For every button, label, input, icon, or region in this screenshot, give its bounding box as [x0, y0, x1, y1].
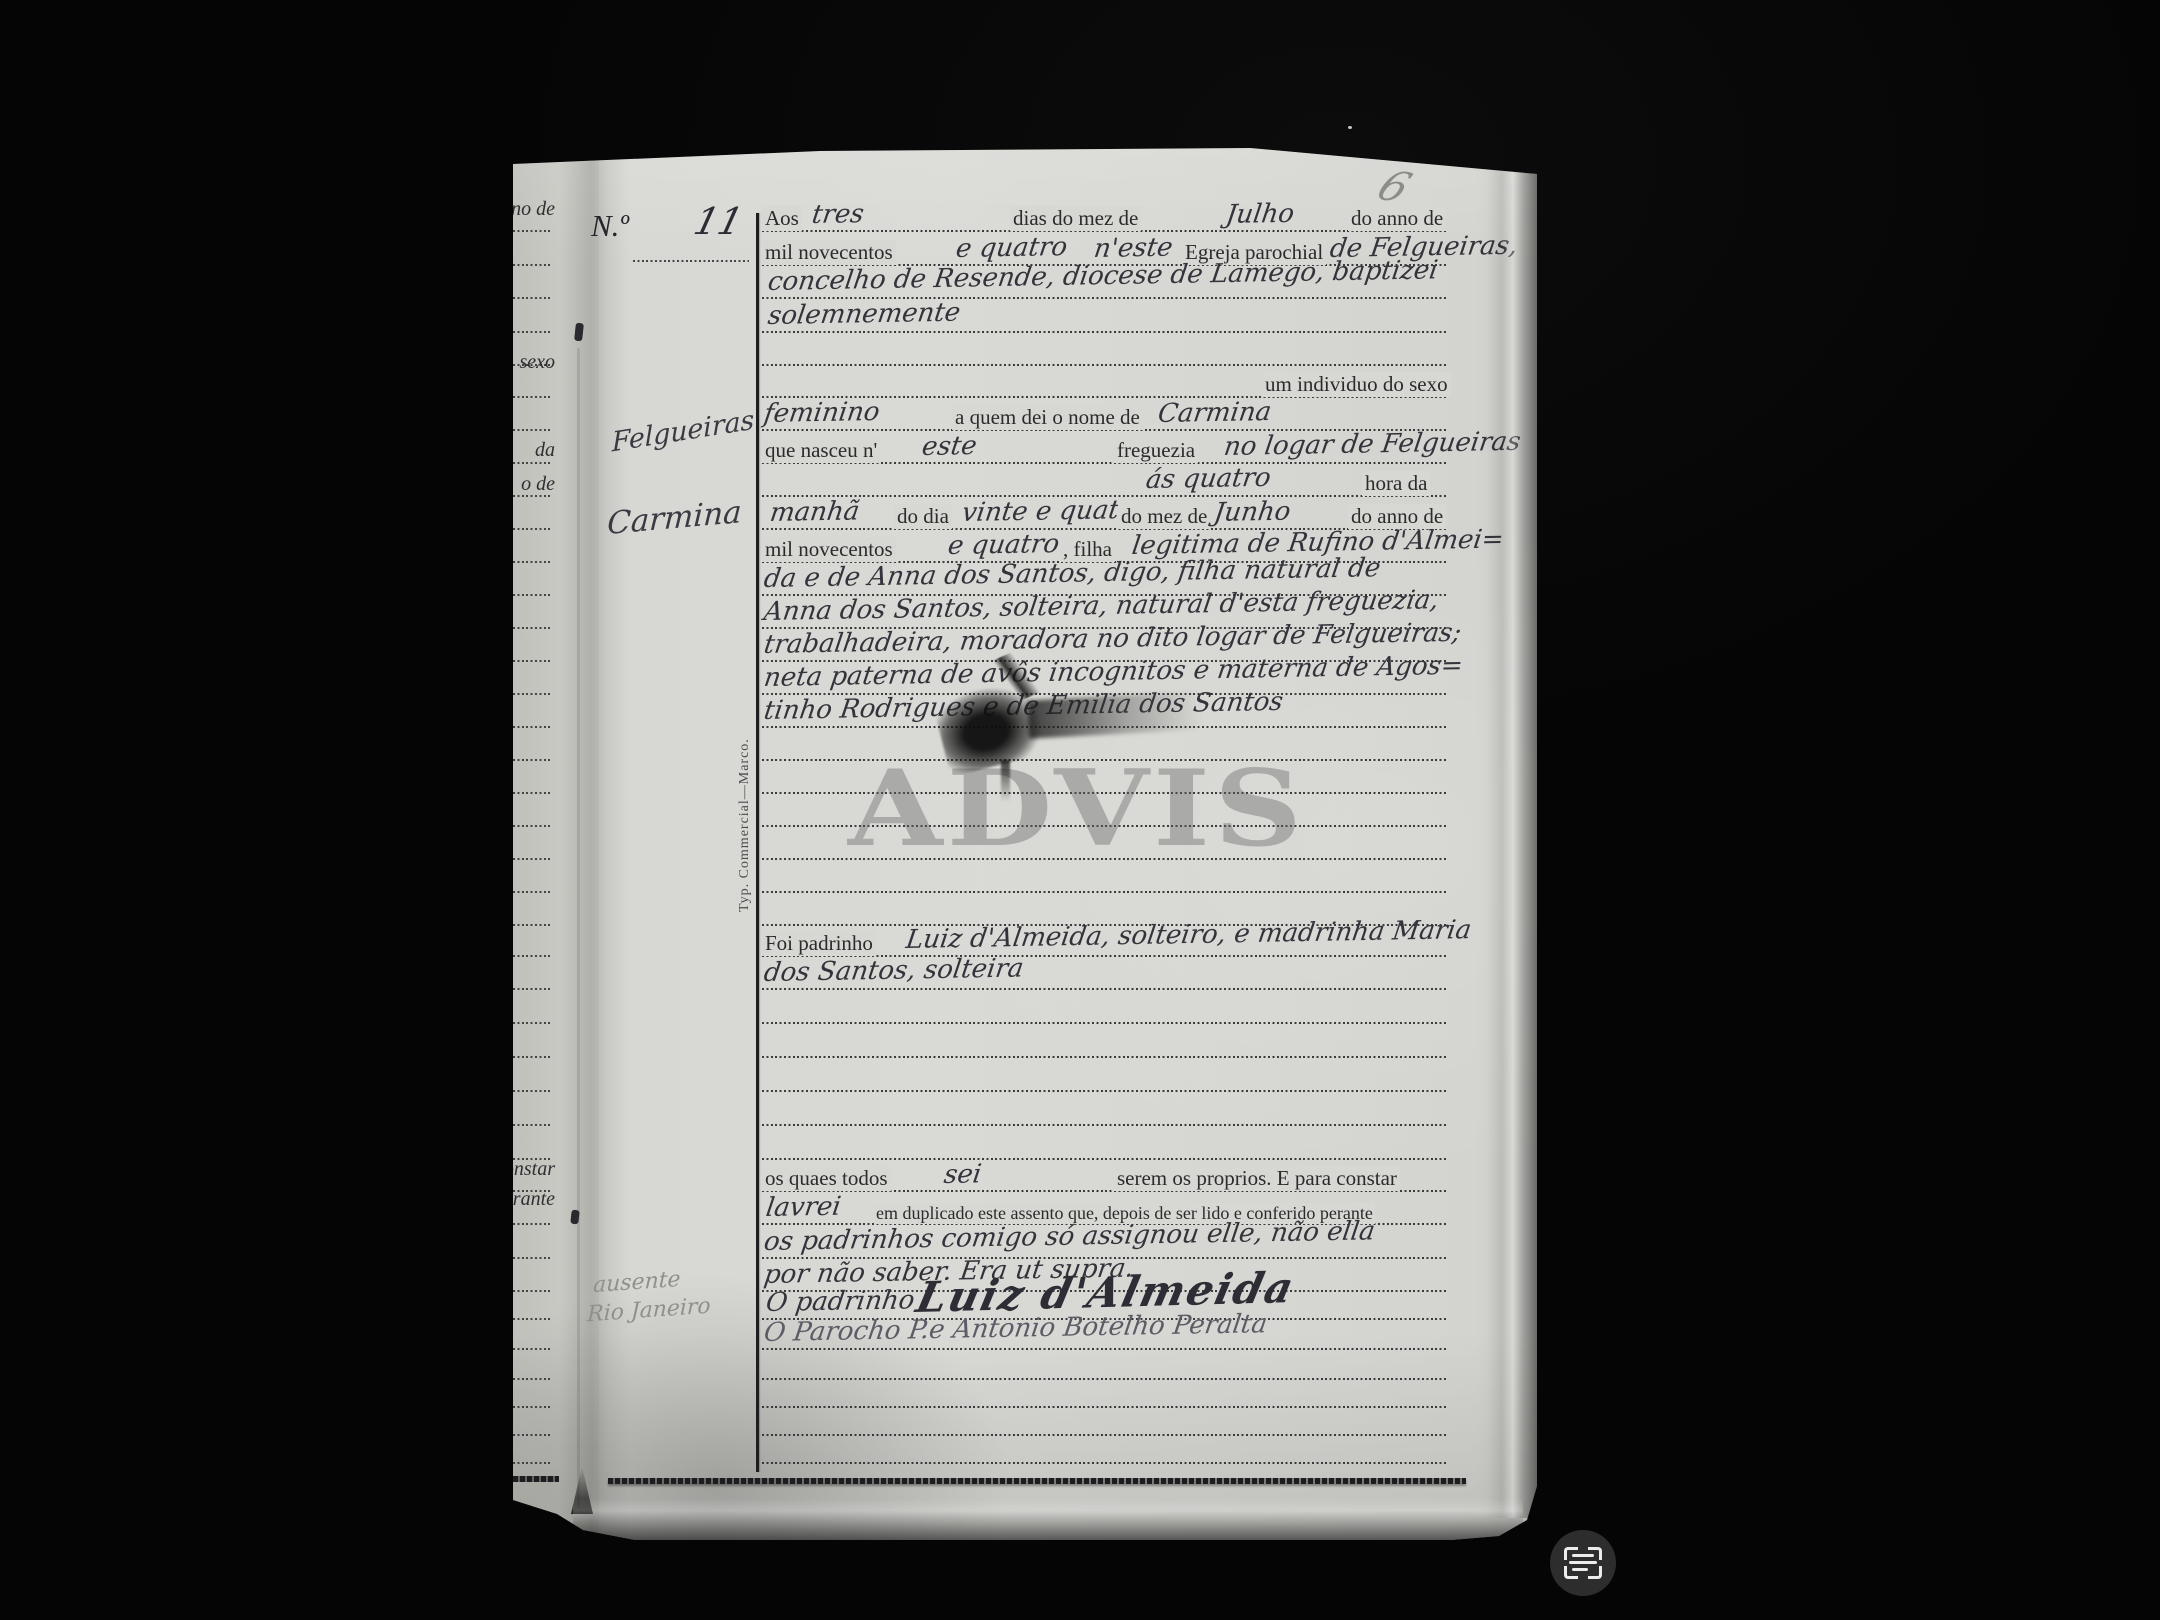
register-page: no desexodao deonstarrante N.º 11 Felgue…	[513, 148, 1537, 1540]
binding-thread	[577, 348, 580, 1508]
printed-label: dias do mez de	[1010, 206, 1141, 231]
previous-page-rule-stub	[513, 230, 551, 232]
previous-page-rule-stub	[513, 264, 551, 266]
form-line: os quaes todosseiserem os proprios. E pa…	[762, 1160, 1448, 1192]
handwritten-entry: manhã	[768, 496, 861, 528]
handwritten-entry: ás quatro	[1144, 463, 1273, 495]
previous-page-rule-stub	[513, 693, 551, 695]
form-line	[762, 1094, 1448, 1126]
dust-speck	[1348, 126, 1352, 129]
previous-page-rule-stub	[513, 1090, 551, 1092]
form-line	[762, 334, 1448, 366]
page-stack-right-edge	[1487, 168, 1537, 1518]
previous-page-rule-stub	[513, 660, 551, 662]
form-line: femininoa quem dei o nome deCarmina	[762, 399, 1448, 431]
closing-rule	[608, 1478, 1466, 1484]
previous-page-rule-stub	[513, 825, 551, 827]
previous-page-rule-stub	[513, 1290, 551, 1292]
form-line	[762, 1128, 1448, 1160]
form-line: Aostresdias do mez deJulhodo anno de	[762, 200, 1448, 232]
previous-page-rule-stub	[513, 1056, 551, 1058]
form-line: que nasceu n'estefregueziano logar de Fe…	[762, 432, 1448, 464]
handwritten-entry: dos Santos, solteira	[762, 953, 1026, 988]
printed-label: do dia	[894, 504, 952, 529]
form-line: um individuo do sexo	[762, 366, 1448, 398]
previous-page-rule-stub	[513, 528, 551, 530]
form-line	[762, 1060, 1448, 1092]
printed-label: os quaes todos	[762, 1166, 891, 1191]
previous-page-rule-stub	[513, 297, 551, 299]
previous-page-text-fragment: no de	[513, 198, 555, 221]
form-line: dos Santos, solteira	[762, 958, 1448, 990]
handwritten-entry: Julho	[1224, 199, 1296, 230]
previous-page-text-fragment: da	[513, 439, 555, 462]
previous-page-rule-stub	[513, 1223, 551, 1225]
binding-gutter	[559, 148, 631, 1540]
binding-stitch	[570, 1210, 579, 1225]
form-line: concelho de Resende, diocese de Lamego, …	[762, 267, 1448, 299]
form-line: solemnemente	[762, 301, 1448, 333]
margin-rule	[756, 213, 759, 1472]
handwritten-entry: e quatro	[946, 529, 1061, 561]
handwritten-entry: sei	[942, 1159, 983, 1190]
previous-page-rule-stub	[513, 462, 551, 464]
form-line	[762, 1432, 1448, 1464]
printed-label: mil novecentos	[762, 240, 896, 265]
handwritten-entry: O padrinho	[764, 1285, 916, 1318]
printed-label: Aos	[762, 206, 802, 231]
previous-page-rule-stub	[513, 891, 551, 893]
form-line: manhãdo diavinte e quatrodo mez deJunhod…	[762, 498, 1448, 530]
previous-page-text-fragment: o de	[513, 473, 555, 496]
previous-page-rule-stub	[513, 1318, 551, 1320]
handwritten-entry: tres	[810, 199, 866, 230]
previous-page-rule-stub	[513, 726, 551, 728]
handwritten-entry: Carmina	[1156, 397, 1273, 429]
previous-page-rule-stub	[513, 955, 551, 957]
previous-page-rule-stub	[513, 396, 551, 398]
handwritten-entry: este	[920, 431, 979, 462]
previous-page-rule-stub	[513, 1257, 551, 1259]
printed-label: do mez de	[1118, 504, 1210, 529]
previous-page-rule-stub	[513, 1348, 551, 1350]
printed-label: do anno de	[1348, 206, 1446, 231]
previous-page-rule-stub	[513, 858, 551, 860]
previous-page-rule-stub	[513, 1406, 551, 1408]
previous-page-rule-stub	[513, 1124, 551, 1126]
previous-page-rule-stub	[513, 1378, 551, 1380]
record-number-label: N.º	[591, 208, 629, 244]
previous-page-rule-stub	[513, 331, 551, 333]
record-number-underline	[633, 260, 749, 262]
handwritten-entry: feminino	[762, 397, 882, 429]
form-line: O Parocho P.e Antonio Botelho Peralta	[762, 1318, 1448, 1350]
previous-page-text-fragment: rante	[513, 1188, 555, 1211]
form-line	[762, 992, 1448, 1024]
previous-page-rule-stub	[513, 429, 551, 431]
watermark: ADVIS	[848, 746, 1306, 870]
handwritten-entry: no logar de Felgueiras	[1222, 427, 1523, 462]
printed-label: mil novecentos	[762, 537, 896, 562]
previous-page-text-fragment: onstar	[513, 1158, 555, 1181]
printer-imprint: Typ. Commercial—Marco.	[737, 742, 753, 912]
previous-page-text-fragment: sexo	[513, 351, 555, 374]
previous-page-rule-stub	[513, 1434, 551, 1436]
handwritten-entry: e quatro	[954, 232, 1069, 264]
previous-page-rule-stub	[513, 1462, 551, 1464]
printed-label: hora da	[1362, 471, 1430, 496]
handwritten-entry: Junho	[1212, 497, 1293, 528]
scan-text-icon	[1564, 1547, 1602, 1579]
photo-viewer: no desexodao deonstarrante N.º 11 Felgue…	[0, 0, 2160, 1620]
closing-rule-previous-page	[513, 1476, 559, 1482]
page-stack-bottom-edge	[573, 1498, 1523, 1540]
ink-blot-drip	[1001, 760, 1010, 802]
previous-page-rule-stub	[513, 759, 551, 761]
handwritten-entry: solemnemente	[766, 298, 962, 331]
scan-text-button[interactable]	[1550, 1530, 1616, 1596]
form-line: ás quatrohora da	[762, 465, 1448, 497]
form-line: Foi padrinhoLuiz d'Almeida, solteiro, e …	[762, 925, 1448, 957]
previous-page-rule-stub	[513, 627, 551, 629]
previous-page-rule-stub	[513, 924, 551, 926]
previous-page-rule-stub	[513, 988, 551, 990]
handwritten-entry: lavrei	[764, 1192, 843, 1223]
printed-label: que nasceu n'	[762, 438, 880, 463]
printed-label: um individuo do sexo	[1262, 372, 1451, 397]
previous-page-rule-stub	[513, 561, 551, 563]
previous-page-rule-stub	[513, 1022, 551, 1024]
printed-label: Foi padrinho	[762, 931, 876, 956]
previous-page-rule-stub	[513, 594, 551, 596]
printed-label: a quem dei o nome de	[952, 405, 1143, 430]
printed-label: freguezia	[1114, 438, 1198, 463]
printed-label: serem os proprios. E para constar	[1114, 1166, 1400, 1191]
form-line	[762, 1026, 1448, 1058]
previous-page-rule-stub	[513, 792, 551, 794]
